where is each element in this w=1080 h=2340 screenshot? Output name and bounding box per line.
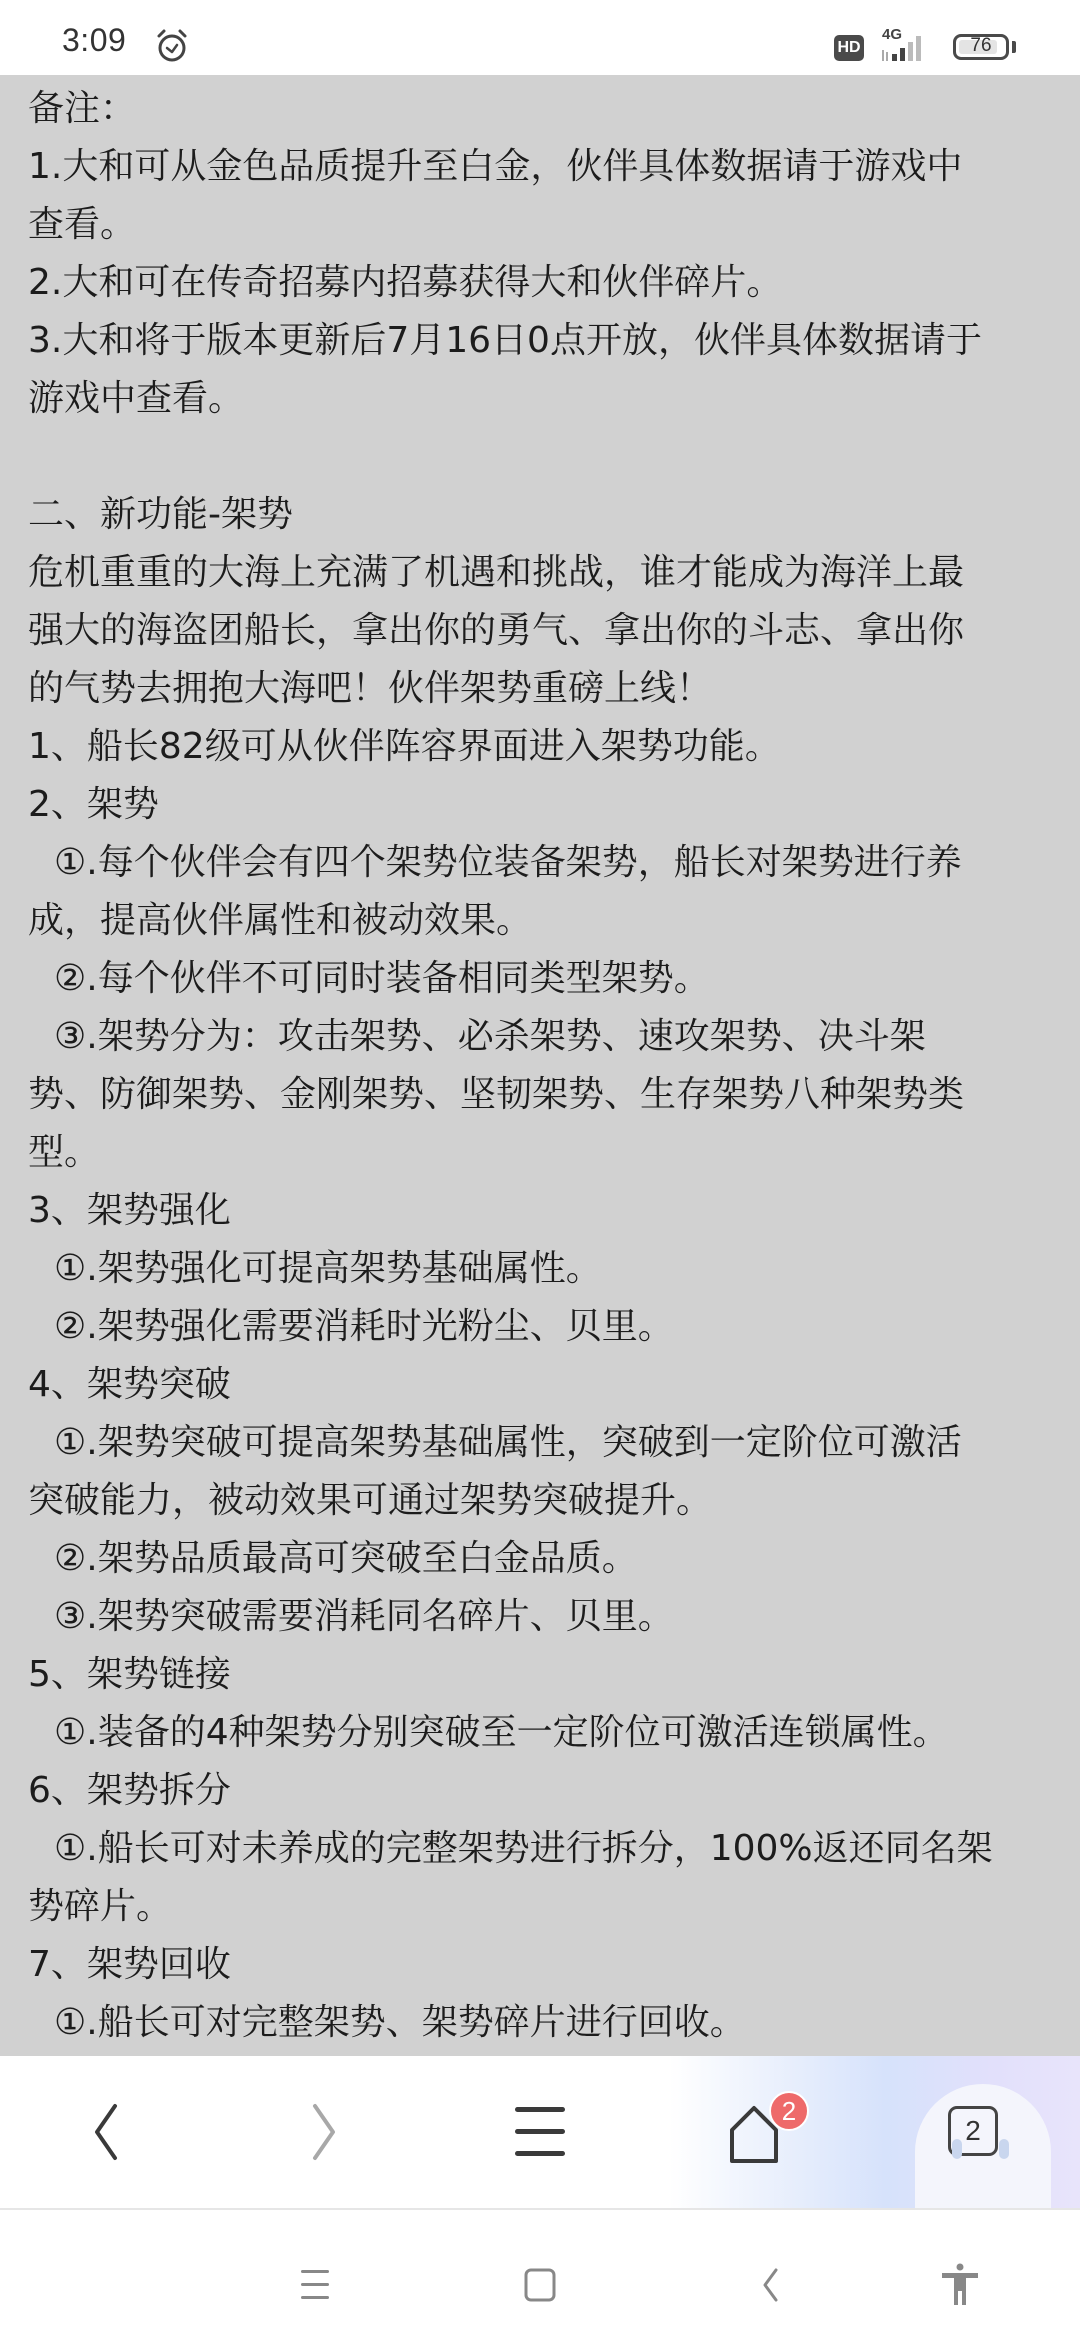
article-line: 6、架势拆分	[28, 1762, 1052, 1820]
article-content[interactable]: 备注：1.大和可从金色品质提升至白金，伙伴具体数据请于游戏中查看。2.大和可在传…	[0, 75, 1080, 2056]
article-line: ②.架势强化需要消耗时光粉尘、贝里。	[28, 1298, 1052, 1356]
article-line: 势碎片。	[28, 1878, 1052, 1936]
article-line: ②.每个伙伴不可同时装备相同类型架势。	[28, 950, 1052, 1008]
status-time: 3:09	[62, 22, 126, 59]
chevron-right-icon	[305, 2101, 345, 2161]
article-line: 5、架势链接	[28, 1646, 1052, 1704]
article-line: 游戏中查看。	[28, 370, 1052, 428]
hamburger-menu-icon	[512, 2101, 568, 2161]
hd-voice-badge: HD	[834, 35, 864, 61]
back-button[interactable]	[70, 2096, 140, 2166]
forward-button[interactable]	[290, 2096, 360, 2166]
article-line: 1、船长82级可从伙伴阵容界面进入架势功能。	[28, 718, 1052, 776]
status-bar: 3:09 HD 4G 76	[0, 0, 1080, 75]
blank-line	[28, 428, 1052, 486]
tabs-decoration-right	[999, 2139, 1009, 2159]
battery-nub	[1012, 41, 1016, 53]
article-line: 7、架势回收	[28, 1936, 1052, 1994]
chevron-left-icon	[85, 2101, 125, 2161]
article-line: 突破能力，被动效果可通过架势突破提升。	[28, 1472, 1052, 1530]
article-line: ①.架势强化可提高架势基础属性。	[28, 1240, 1052, 1298]
accessibility-button[interactable]	[935, 2258, 985, 2312]
article-line: 3、架势强化	[28, 1182, 1052, 1240]
square-home-icon	[523, 2267, 557, 2303]
article-line: 二、新功能-架势	[28, 486, 1052, 544]
article-line: ②.架势品质最高可突破至白金品质。	[28, 1530, 1052, 1588]
article-line: ①.每个伙伴会有四个架势位装备架势，船长对架势进行养	[28, 834, 1052, 892]
article-line: 1.大和可从金色品质提升至白金，伙伴具体数据请于游戏中	[28, 138, 1052, 196]
article-line: ③.架势分为：攻击架势、必杀架势、速攻架势、决斗架	[28, 1008, 1052, 1066]
article-line: 成，提高伙伴属性和被动效果。	[28, 892, 1052, 950]
signal-strength-icon	[880, 32, 938, 62]
article-body: 备注：1.大和可从金色品质提升至白金，伙伴具体数据请于游戏中查看。2.大和可在传…	[0, 75, 1080, 2056]
article-line: 型。	[28, 1124, 1052, 1182]
recents-button[interactable]	[290, 2260, 340, 2310]
system-back-button[interactable]	[745, 2260, 795, 2310]
system-navigation-bar	[0, 2210, 1080, 2340]
article-line: 查看。	[28, 196, 1052, 254]
back-icon	[758, 2267, 782, 2303]
system-home-button[interactable]	[515, 2260, 565, 2310]
article-line: ①.架势突破可提高架势基础属性，突破到一定阶位可激活	[28, 1414, 1052, 1472]
article-line: 备注：	[28, 80, 1052, 138]
article-line: 的气势去拥抱大海吧！伙伴架势重磅上线！	[28, 660, 1052, 718]
menu-button[interactable]	[505, 2096, 575, 2166]
article-line: ①.船长可对未养成的完整架势进行拆分，100%返还同名架	[28, 1820, 1052, 1878]
battery-level: 76	[956, 35, 1006, 57]
article-line: 危机重重的大海上充满了机遇和挑战，谁才能成为海洋上最	[28, 544, 1052, 602]
battery-indicator: 76	[953, 34, 1009, 60]
article-line: 2.大和可在传奇招募内招募获得大和伙伴碎片。	[28, 254, 1052, 312]
home-notification-badge: 2	[769, 2091, 809, 2131]
tabs-decoration-left	[952, 2139, 962, 2159]
alarm-clock-icon	[155, 28, 189, 64]
article-line: ③.架势突破需要消耗同名碎片、贝里。	[28, 1588, 1052, 1646]
article-line: ①.装备的4种架势分别突破至一定阶位可激活连锁属性。	[28, 1704, 1052, 1762]
accessibility-icon	[940, 2263, 980, 2307]
recents-icon	[300, 2268, 330, 2302]
article-line: 势、防御架势、金刚架势、坚韧架势、生存架势八种架势类	[28, 1066, 1052, 1124]
article-line: 2、架势	[28, 776, 1052, 834]
article-line: ①.船长可对完整架势、架势碎片进行回收。	[28, 1994, 1052, 2052]
article-line: 3.大和将于版本更新后7月16日0点开放，伙伴具体数据请于	[28, 312, 1052, 370]
article-line: 强大的海盗团船长，拿出你的勇气、拿出你的斗志、拿出你	[28, 602, 1052, 660]
article-line: 4、架势突破	[28, 1356, 1052, 1414]
